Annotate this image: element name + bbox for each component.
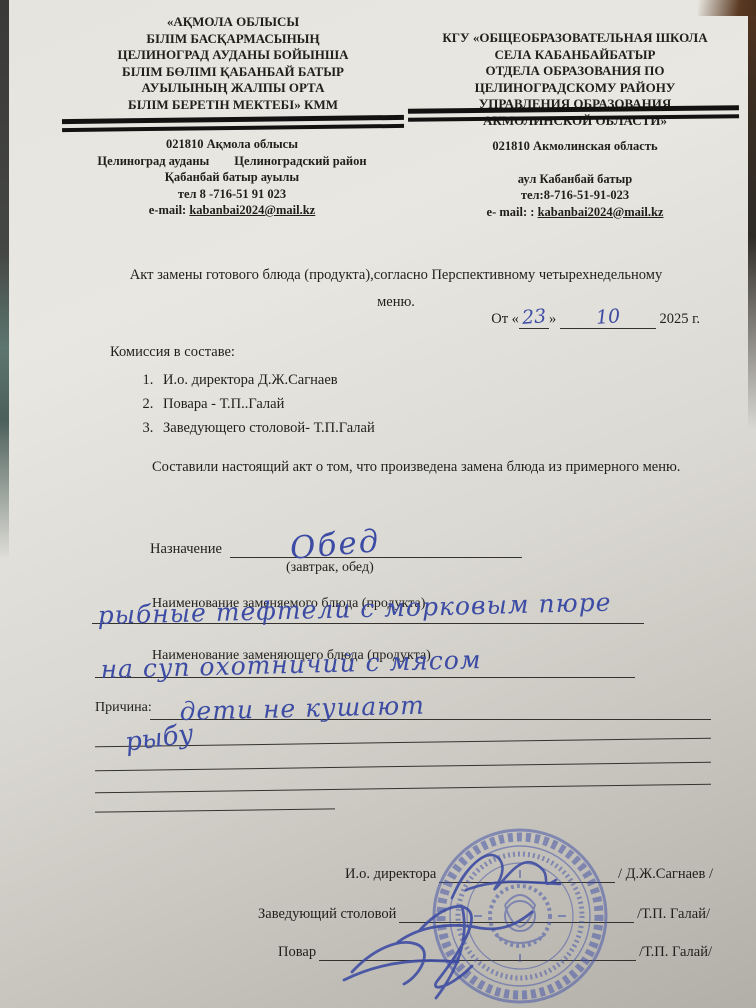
purpose-row: НазначениеОбед bbox=[150, 524, 522, 558]
replacing-dish-field: на суп охотничий с мясом bbox=[95, 642, 635, 678]
email-row-right: e- mail: : kabanbai2024@mail.kz bbox=[420, 204, 730, 221]
handwritten-replacing-dish: на суп охотничий с мясом bbox=[100, 645, 482, 684]
email-label-right: e- mail: : bbox=[487, 205, 538, 219]
date-prefix: От « bbox=[491, 311, 519, 327]
signature-role: Заведующий столовой bbox=[258, 906, 396, 923]
reason-field-line1: дети не кушают bbox=[150, 684, 711, 720]
signature-row-cook: Повар /Т.П. Галай/ bbox=[278, 944, 712, 961]
blank-rule bbox=[95, 762, 711, 772]
date-day-field: 23 bbox=[519, 306, 549, 329]
handwritten-replaced-dish: рыбные тефтели с морковым пюре bbox=[97, 588, 612, 630]
address-lines-kazakh: 021810 Ақмола облысы Целиноград ауданы Ц… bbox=[52, 136, 412, 202]
address-line1-russian: 021810 Акмолинская область bbox=[420, 138, 730, 155]
handwritten-day: 23 bbox=[521, 305, 547, 329]
letterhead-kazakh: «АҚМОЛА ОБЛЫСЫ БІЛІМ БАСҚАРМАСЫНЫҢ ЦЕЛИН… bbox=[62, 14, 404, 113]
handwritten-reason-1: дети не кушают bbox=[179, 691, 425, 726]
signature-name: / Д.Ж.Сагнаев / bbox=[618, 866, 713, 883]
date-close-quote: » bbox=[549, 311, 556, 327]
email-label-left: e-mail: bbox=[149, 203, 190, 217]
address-lines-russian: аул Кабанбай батыр тел:8-716-51-91-023 bbox=[420, 171, 730, 204]
email-address-left: kabanbai2024@mail.kz bbox=[189, 203, 315, 217]
act-statement: Составили настоящий акт о том, что произ… bbox=[152, 456, 718, 479]
purpose-hint: (завтрак, обед) bbox=[286, 560, 374, 576]
letterhead-divider-left bbox=[62, 115, 404, 132]
signature-row-director: И.о. директора / Д.Ж.Сагнаев / bbox=[345, 866, 713, 883]
replaced-dish-field: рыбные тефтели с морковым пюре bbox=[92, 588, 644, 624]
document-photo: «АҚМОЛА ОБЛЫСЫ БІЛІМ БАСҚАРМАСЫНЫҢ ЦЕЛИН… bbox=[0, 0, 756, 1008]
commission-heading: Комиссия в составе: bbox=[110, 344, 235, 361]
signature-name: /Т.П. Галай/ bbox=[637, 906, 710, 923]
purpose-field: Обед bbox=[230, 524, 522, 558]
address-block-russian: 021810 Акмолинская область аул Кабанбай … bbox=[420, 138, 730, 220]
commission-member-list: И.о. директора Д.Ж.Сагнаев Повара - Т.П.… bbox=[157, 372, 375, 444]
commission-member: И.о. директора Д.Ж.Сагнаев bbox=[157, 372, 375, 389]
date-year: 2025 г. bbox=[659, 311, 700, 327]
date-line: От «23» 10 2025 г. bbox=[491, 306, 700, 329]
photo-edge-right bbox=[748, 0, 756, 430]
signature-name: /Т.П. Галай/ bbox=[639, 944, 712, 961]
signature-role: И.о. директора bbox=[345, 866, 436, 883]
date-month-field: 10 bbox=[560, 306, 656, 329]
photo-edge-left bbox=[0, 0, 9, 560]
photo-corner-background bbox=[698, 0, 756, 16]
commission-member: Повара - Т.П..Галай bbox=[157, 396, 375, 413]
commission-member: Заведующего столовой- Т.П.Галай bbox=[157, 420, 375, 437]
address-gap bbox=[420, 155, 730, 171]
signature-role: Повар bbox=[278, 944, 316, 961]
email-address-right: kabanbai2024@mail.kz bbox=[538, 205, 664, 219]
signature-line bbox=[319, 944, 636, 961]
blank-rule-short bbox=[95, 808, 335, 812]
signature-row-canteen-manager: Заведующий столовой /Т.П. Галай/ bbox=[258, 906, 710, 923]
purpose-label: Назначение bbox=[150, 541, 222, 557]
reason-field-line2: рыбу bbox=[95, 738, 711, 748]
email-row-left: e-mail: kabanbai2024@mail.kz bbox=[52, 202, 412, 219]
address-block-kazakh: 021810 Ақмола облысы Целиноград ауданы Ц… bbox=[52, 136, 412, 219]
signature-line bbox=[439, 866, 615, 883]
handwritten-reason-2: рыбу bbox=[123, 719, 195, 758]
handwritten-month: 10 bbox=[595, 305, 621, 329]
signature-line bbox=[399, 906, 634, 923]
blank-rule bbox=[95, 784, 711, 794]
